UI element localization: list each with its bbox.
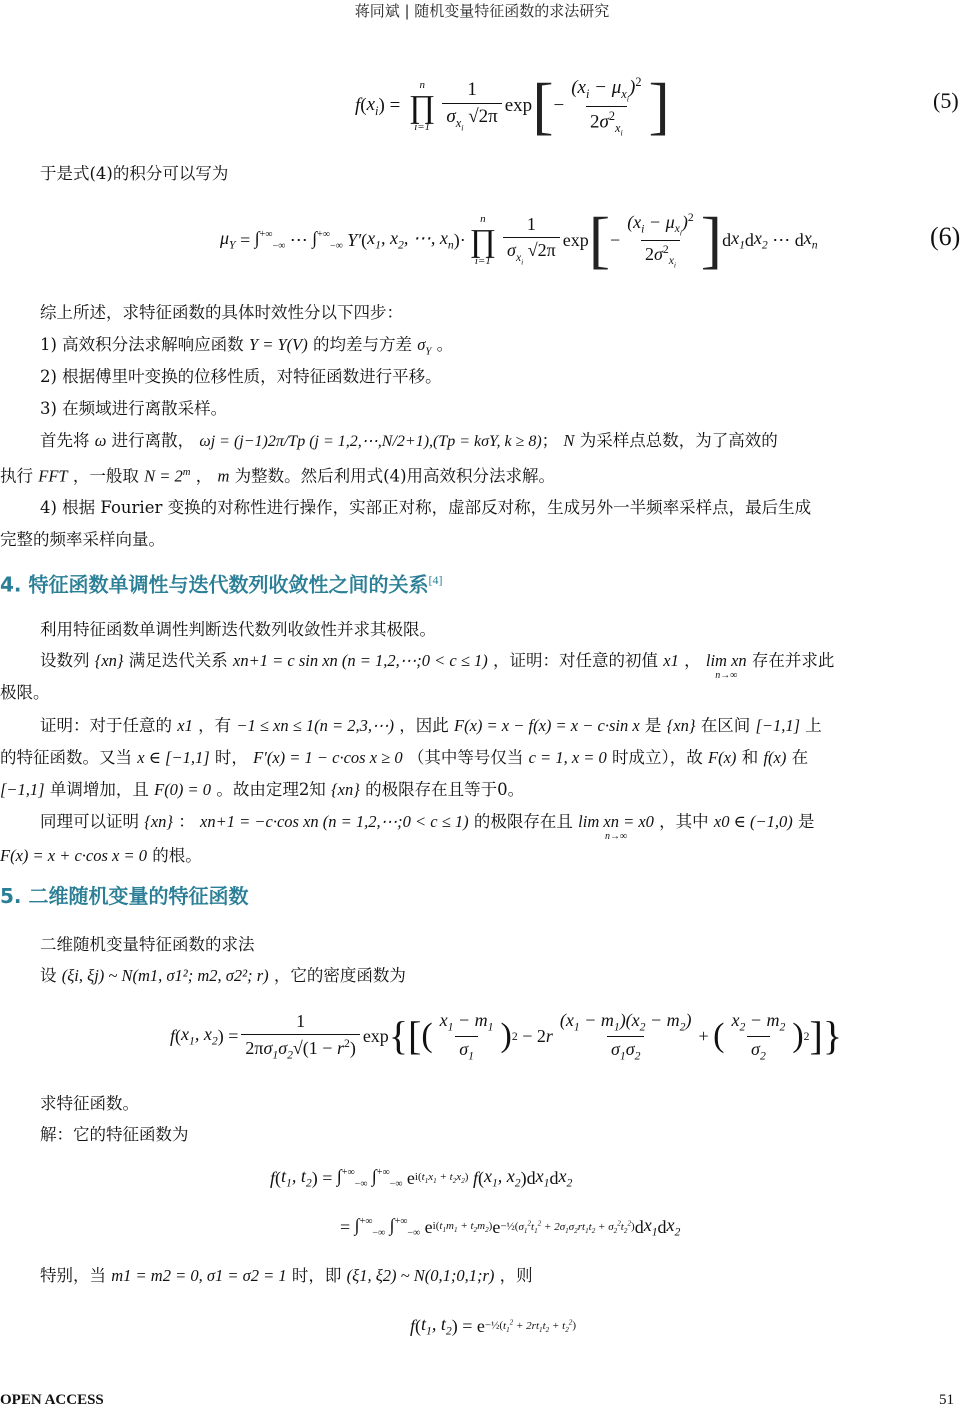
math-distribution: (ξ1, ξ2) ~ N(0,1;0,1;r) — [347, 1266, 495, 1285]
math-interval: [−1,1] — [755, 716, 800, 735]
footer-open-access: OPEN ACCESS — [0, 1389, 104, 1411]
math-f: f(x) — [763, 748, 786, 767]
math-interval: [−1,1] — [0, 780, 45, 799]
m-symbol: m — [217, 467, 229, 486]
step-1-end: 。 — [437, 335, 454, 354]
math-limit: lim xn — [706, 650, 747, 672]
paragraph-ask: 求特征函数。 — [0, 1093, 964, 1115]
text-span: 的根。 — [152, 846, 202, 865]
text-span: ，证明：对任意的初值 — [493, 651, 658, 670]
math-set: {xn} — [95, 651, 124, 670]
text-span: ； — [542, 431, 559, 450]
text-span: ， — [196, 467, 213, 486]
equation-5: f(xi) = n∏i=1 1σxi √2π exp [ − (xi − μxi… — [355, 58, 670, 154]
text-span: 为整数。然后利用式(4)用高效积分法求解。 — [235, 467, 555, 486]
math-F-root: F(x) = x + c·cos x = 0 — [0, 846, 147, 865]
paragraph-proof-line1: 证明：对于任意的 x1 ，有 −1 ≤ xn ≤ 1(n = 2,3,⋯) ，因… — [0, 715, 964, 737]
text-span: 证明：对于任意的 — [40, 716, 172, 735]
equation-number-5: (5) — [933, 88, 959, 114]
text-span: 的特征函数。又当 — [0, 748, 132, 767]
math-limit-sub: n→∞ — [605, 833, 627, 841]
equation-bivariate-density: f(x1, x2) = 12πσ1σ2√(1 − r2) exp {[ (x1 … — [170, 998, 842, 1074]
text-span: 满足迭代关系 — [129, 651, 228, 670]
math-x1: x1 — [177, 716, 193, 735]
equation-char-fn-line2: = ∫+∞−∞ ∫+∞−∞ ei(t1m1 + t2m2) e−½(σ12t12… — [340, 1205, 680, 1249]
math-set: {xn} — [667, 716, 696, 735]
paragraph-2d-setup: 设 (ξi, ξj) ~ N(m1, σ1²; m2, σ2²; r) ，它的密… — [0, 965, 964, 987]
math-F-prime: F′(x) = 1 − c·cos x ≥ 0 — [253, 748, 402, 767]
text-span: 上 — [805, 716, 822, 735]
omega-symbol: ω — [95, 431, 107, 450]
math-x0: x0 ∈ (−1,0) — [714, 812, 793, 831]
text-span: 时，即 — [292, 1266, 342, 1285]
math-limit: lim xn = x0 — [578, 811, 654, 833]
paragraph-proof-line3: [−1,1] 单调增加，且 F(0) = 0 。故由定理2知 {xn} 的极限存… — [0, 779, 964, 801]
math-F0: F(0) = 0 — [154, 780, 211, 799]
math-x1: x1 — [663, 651, 679, 670]
text-span: 同理可以证明 — [40, 812, 139, 831]
step-1-math: Y = Y(V) — [249, 335, 308, 354]
paragraph-summary: 综上所述，求特征函数的具体时效性分以下四步： — [0, 302, 964, 324]
paragraph-integral-intro: 于是式(4)的积分可以写为 — [0, 163, 964, 185]
text-span: ， — [684, 651, 701, 670]
text-span: 进行离散， — [112, 431, 195, 450]
text-span: ，其中 — [659, 812, 709, 831]
paragraph-2d-intro: 二维随机变量特征函数的求法 — [0, 934, 964, 956]
step-1-text: 1) 高效积分法求解响应函数 — [40, 335, 244, 354]
paragraph-monotone: 利用特征函数单调性判断迭代数列收敛性并求其极限。 — [0, 619, 964, 641]
text-span: 是 — [798, 812, 815, 831]
paragraph-sequence-line1: 设数列 {xn} 满足迭代关系 xn+1 = c sin xn (n = 1,2… — [0, 650, 964, 680]
step-4-line2: 完整的频率采样向量。 — [0, 529, 964, 551]
math-F: F(x) — [708, 748, 736, 767]
equation-number-6: (6) — [930, 222, 960, 252]
text-span: ： — [178, 812, 195, 831]
text-span: 的极限存在且 — [474, 812, 573, 831]
step-2: 2) 根据傅里叶变换的位移性质，对特征函数进行平移。 — [0, 366, 964, 388]
equation-char-fn-line1: f(t1, t2) = ∫+∞−∞ ∫+∞−∞ ei(t1x1 + t2x2) … — [270, 1158, 572, 1198]
text-span: 是 — [645, 716, 662, 735]
text-span: ，有 — [198, 716, 231, 735]
math-limit-sub: n→∞ — [715, 672, 737, 680]
N-symbol: N — [563, 431, 574, 450]
N-equals-2m: N = 2 — [144, 467, 183, 486]
paragraph-proof-line2: 的特征函数。又当 x ∈ [−1,1] 时， F′(x) = 1 − c·cos… — [0, 747, 964, 769]
text-span: ，则 — [500, 1266, 533, 1285]
text-span: 首先将 — [40, 431, 90, 450]
step-1-sigma-sub: Y — [425, 345, 431, 357]
running-header: 蒋同斌 | 随机变量特征函数的求法研究 — [0, 0, 964, 22]
section-5-heading: 5. 二维随机变量的特征函数 — [0, 882, 248, 910]
step-3: 3) 在频域进行离散采样。 — [0, 398, 964, 420]
section-4-title: 4. 特征函数单调性与迭代数列收敛性之间的关系 — [0, 573, 428, 597]
text-span: 设 — [40, 966, 57, 985]
text-span: ，一般取 — [73, 467, 139, 486]
text-span: 在区间 — [701, 716, 751, 735]
paragraph-discretization-line2: 执行 FFT ，一般取 N = 2m ， m 为整数。然后利用式(4)用高效积分… — [0, 461, 964, 488]
omega-formula: ωj = (j−1)2π/Tp (j = 1,2,⋯,N/2+1),(Tp = … — [199, 433, 541, 450]
paragraph-similar-line2: F(x) = x + c·cos x = 0 的根。 — [0, 845, 964, 867]
equation-char-fn-special: f(t1, t2) = e−½(t12 + 2rt1t2 + t22) — [410, 1302, 576, 1350]
section-4-heading: 4. 特征函数单调性与迭代数列收敛性之间的关系[4] — [0, 566, 442, 599]
paragraph-discretization-line1: 首先将 ω 进行离散， ωj = (j−1)2π/Tp (j = 1,2,⋯,N… — [0, 430, 964, 453]
step-1-mid: 的均差与方差 — [313, 335, 412, 354]
math-condition: c = 1, x = 0 — [529, 748, 607, 767]
paragraph-similar-line1: 同理可以证明 {xn} ： xn+1 = −c·cos xn (n = 1,2,… — [0, 811, 964, 841]
math-recurrence: xn+1 = −c·cos xn (n = 1,2,⋯;0 < c ≤ 1) — [200, 812, 469, 831]
footer-page-number: 51 — [939, 1389, 954, 1411]
text-span: ，因此 — [399, 716, 449, 735]
text-span: 。故由定理2知 — [216, 780, 326, 799]
text-span: ，它的密度函数为 — [274, 966, 406, 985]
text-span: 单调增加，且 — [50, 780, 149, 799]
text-span: 和 — [742, 748, 759, 767]
text-span: 为采样点总数，为了高效的 — [580, 431, 778, 450]
step-4-line1: 4) 根据 Fourier 变换的对称性进行操作，实部正对称，虚部反对称，生成另… — [0, 497, 964, 519]
text-span: 的极限存在且等于0。 — [365, 780, 524, 799]
paragraph-solution: 解：它的特征函数为 — [0, 1124, 964, 1146]
step-1: 1) 高效积分法求解响应函数 Y = Y(V) 的均差与方差 σY 。 — [0, 334, 964, 362]
text-span: （其中等号仅当 — [408, 748, 524, 767]
citation-ref[interactable]: [4] — [428, 573, 442, 587]
text-span: 时， — [215, 748, 248, 767]
math-condition: m1 = m2 = 0, σ1 = σ2 = 1 — [111, 1266, 286, 1285]
equation-6: μY = ∫+∞−∞ ⋯ ∫+∞−∞ Y′(x1, x2, ⋯, xn)· n∏… — [220, 192, 818, 288]
paragraph-special-case: 特别，当 m1 = m2 = 0, σ1 = σ2 = 1 时，即 (ξ1, ξ… — [0, 1265, 964, 1287]
m-superscript: m — [183, 466, 191, 478]
paragraph-sequence-line2: 极限。 — [0, 682, 964, 704]
text-span: 设数列 — [40, 651, 90, 670]
math-set: {xn} — [331, 780, 360, 799]
fft-symbol: FFT — [38, 467, 67, 486]
math-distribution: (ξi, ξj) ~ N(m1, σ1²; m2, σ2²; r) — [62, 966, 269, 985]
math-x-in-interval: x ∈ [−1,1] — [137, 748, 209, 767]
math-recurrence: xn+1 = c sin xn (n = 1,2,⋯;0 < c ≤ 1) — [233, 651, 488, 670]
math-inequality: −1 ≤ xn ≤ 1(n = 2,3,⋯) — [236, 716, 394, 735]
text-span: 存在并求此 — [752, 651, 835, 670]
text-span: 在 — [792, 748, 809, 767]
math-set: {xn} — [144, 812, 173, 831]
text-span: 时成立），故 — [612, 748, 703, 767]
math-F-def: F(x) = x − f(x) = x − c·sin x — [454, 716, 640, 735]
text-span: 特别，当 — [40, 1266, 106, 1285]
text-span: 执行 — [0, 467, 33, 486]
